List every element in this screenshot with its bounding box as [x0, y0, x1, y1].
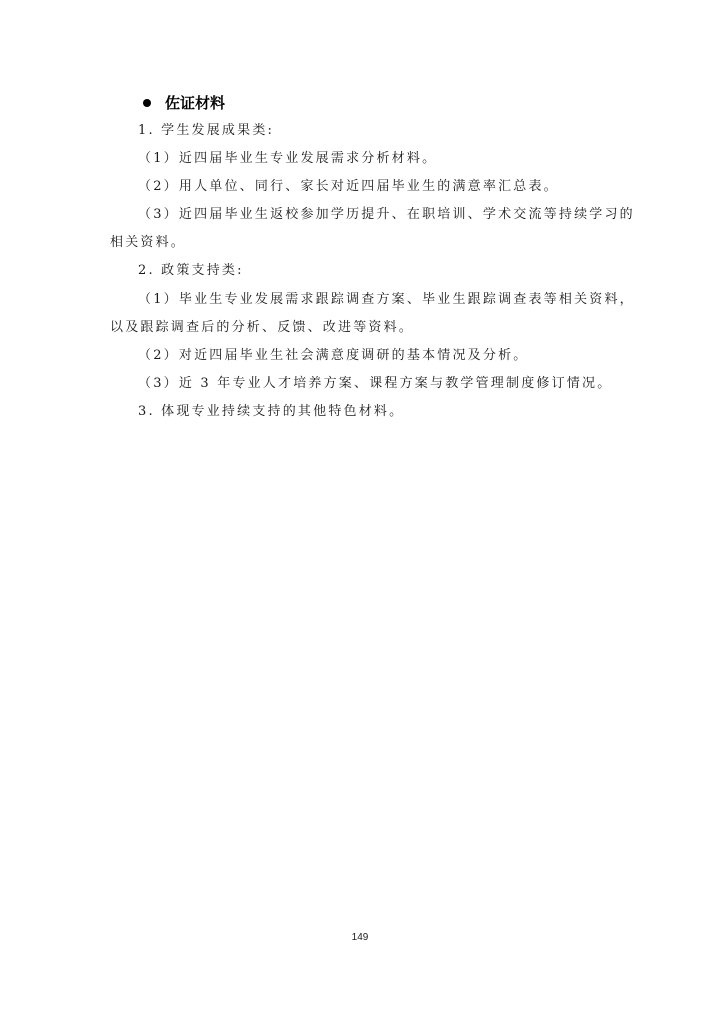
- list-item: （2）对近四届毕业生社会满意度调研的基本情况及分析。: [138, 348, 528, 364]
- list-item-continuation: 以及跟踪调查后的分析、反馈、改进等资料。: [110, 320, 414, 336]
- category-3-title: 3. 体现专业持续支持的其他特色材料。: [138, 404, 404, 420]
- category-2-title: 2. 政策支持类:: [138, 263, 244, 279]
- list-item: （2）用人单位、同行、家长对近四届毕业生的满意率汇总表。: [138, 179, 559, 195]
- list-item: （1）毕业生专业发展需求跟踪调查方案、毕业生跟踪调查表等相关资料，: [138, 292, 635, 308]
- page-number: 149: [0, 932, 720, 943]
- document-page: 佐证材料 1. 学生发展成果类: （1）近四届毕业生专业发展需求分析材料。 （2…: [0, 0, 720, 1018]
- section-heading-text: 佐证材料: [165, 92, 225, 113]
- list-item: （1）近四届毕业生专业发展需求分析材料。: [138, 151, 437, 167]
- category-1-title: 1. 学生发展成果类:: [138, 123, 274, 139]
- bullet-icon: [143, 99, 151, 107]
- list-item-continuation: 相关资料。: [110, 235, 186, 251]
- list-item: （3）近四届毕业生返校参加学历提升、在职培训、学术交流等持续学习的: [138, 207, 635, 223]
- list-item: （3）近 3 年专业人才培养方案、课程方案与教学管理制度修订情况。: [138, 376, 612, 392]
- section-heading: 佐证材料: [143, 92, 225, 113]
